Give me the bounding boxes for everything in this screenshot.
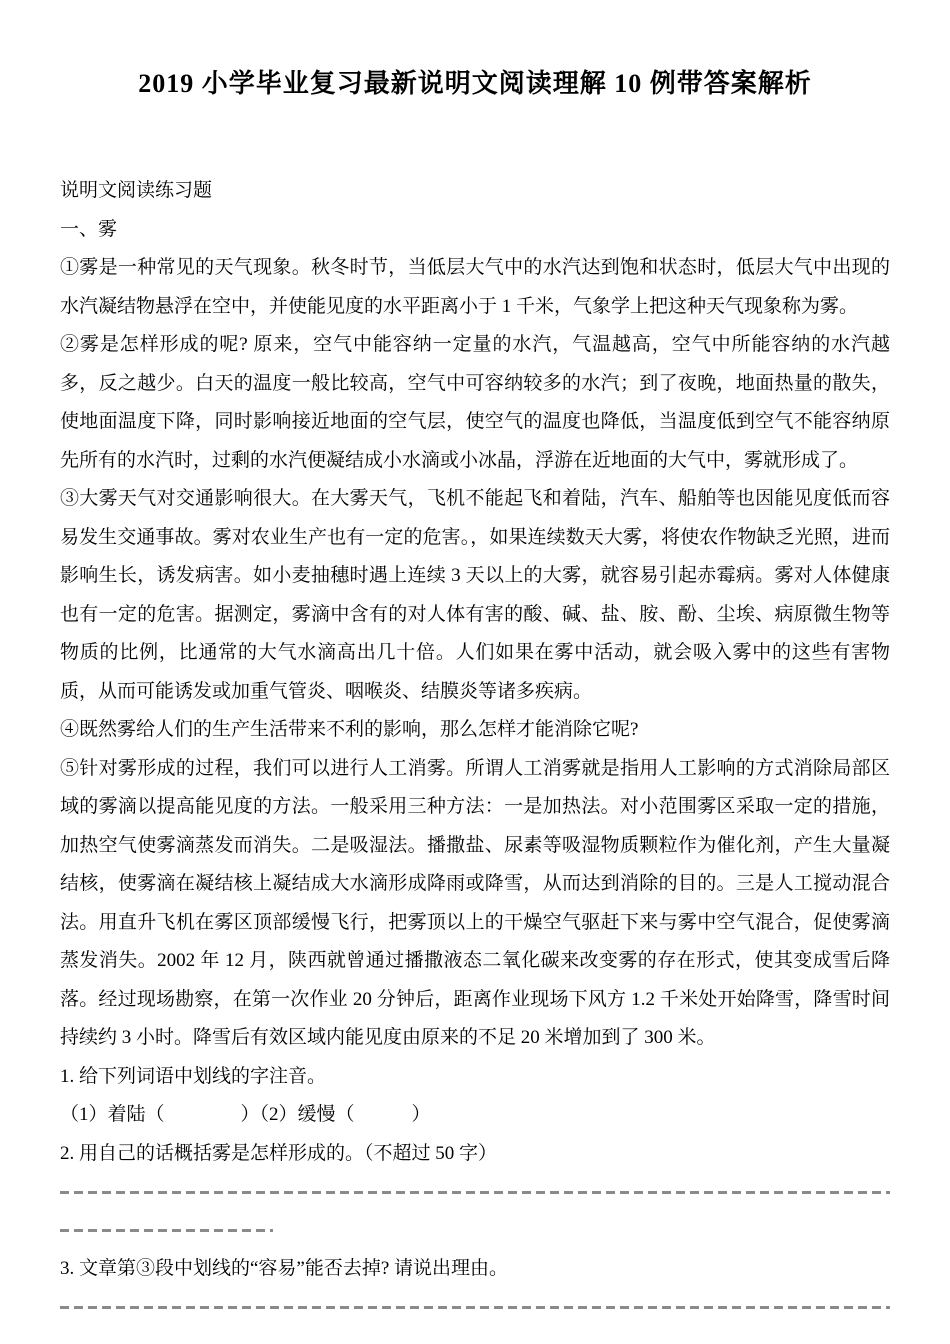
answer-blank-line-2	[60, 1212, 890, 1251]
paragraph-4: ④既然雾给人们的生产生活带来不利的影响，那么怎样才能消除它呢?	[60, 711, 890, 750]
paragraph-5: ⑤针对雾形成的过程，我们可以进行人工消雾。所谓人工消雾就是指用人工影响的方式消除…	[60, 750, 890, 1058]
answer-blank-line-3	[60, 1289, 890, 1328]
question-3: 3. 文章第③段中划线的“容易”能否去掉? 请说出理由。	[60, 1250, 890, 1289]
document-page: 2019 小学毕业复习最新说明文阅读理解 10 例带答案解析 说明文阅读练习题 …	[0, 0, 950, 1344]
answer-blank-dashes	[60, 1229, 273, 1232]
question-1: 1. 给下列词语中划线的字注音。	[60, 1058, 890, 1097]
section-heading: 说明文阅读练习题	[60, 172, 890, 211]
answer-blank-dashes	[60, 1191, 890, 1194]
paragraph-3: ③大雾天气对交通影响很大。在大雾天气，飞机不能起飞和着陆，汽车、船舶等也因能见度…	[60, 480, 890, 711]
answer-blank-dashes	[60, 1306, 890, 1309]
article-title: 一、雾	[60, 211, 890, 250]
paragraph-2: ②雾是怎样形成的呢? 原来，空气中能容纳一定量的水汽，气温越高，空气中所能容纳的…	[60, 326, 890, 480]
question-2: 2. 用自己的话概括雾是怎样形成的。（不超过 50 字）	[60, 1135, 890, 1174]
answer-blank-line-1	[60, 1173, 890, 1212]
document-title: 2019 小学毕业复习最新说明文阅读理解 10 例带答案解析	[60, 64, 890, 104]
question-1-items: （1）着陆（ ）（2）缓慢（ ）	[60, 1096, 890, 1135]
paragraph-1: ①雾是一种常见的天气现象。秋冬时节，当低层大气中的水汽达到饱和状态时，低层大气中…	[60, 249, 890, 326]
